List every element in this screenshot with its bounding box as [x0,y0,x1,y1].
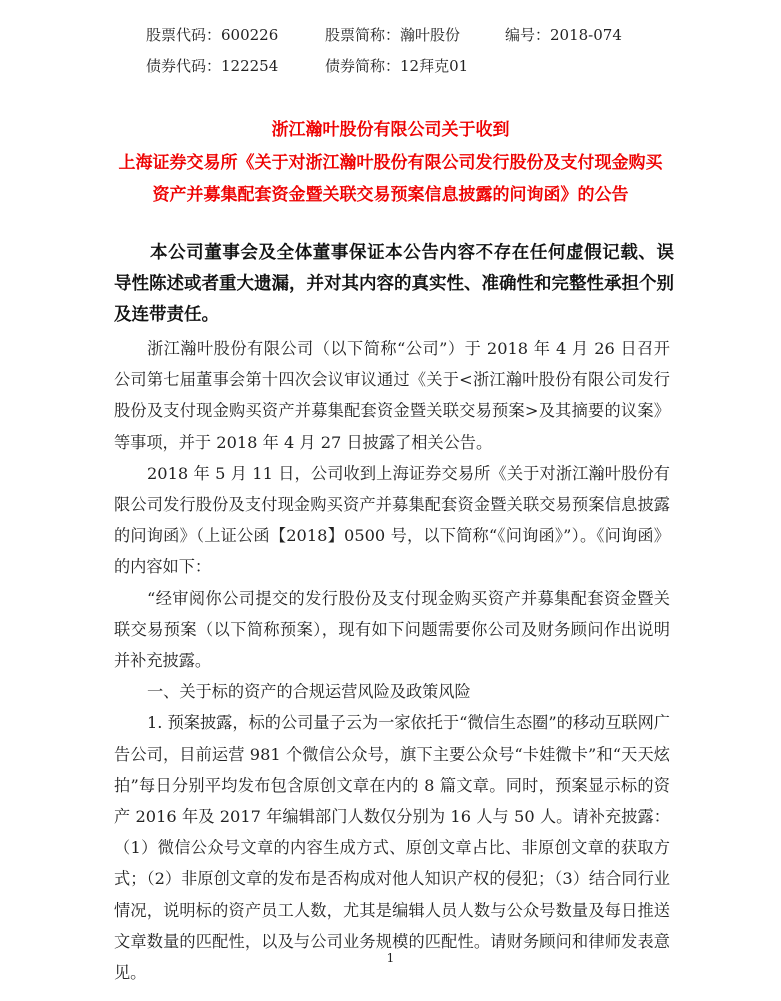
section-heading-1: 一、关于标的资产的合规运营风险及政策风险 [114,676,670,707]
paragraph-inquiry-intro: “经审阅你公司提交的发行股份及支付现金购买资产并募集配套资金暨关联交易预案（以下… [114,583,670,677]
bond-code: 债券代码：122254 [146,56,278,76]
stock-code: 股票代码：600226 [146,25,278,45]
document-body: 浙江瀚叶股份有限公司（以下简称“公司”）于 2018 年 4 月 26 日召开公… [114,333,670,988]
title-line-1: 浙江瀚叶股份有限公司关于收到 [0,119,781,141]
document-page: 股票代码：600226 股票简称：瀚叶股份 编号：2018-074 债券代码：1… [0,0,781,1001]
paragraph-inquiry-received: 2018 年 5 月 11 日，公司收到上海证券交易所《关于对浙江瀚叶股份有限公… [114,458,670,583]
paragraph-meeting: 浙江瀚叶股份有限公司（以下简称“公司”）于 2018 年 4 月 26 日召开公… [114,333,670,458]
declaration-text: 本公司董事会及全体董事保证本公告内容不存在任何虚假记载、误导性陈述或者重大遗漏，… [114,238,674,331]
announcement-number: 编号：2018-074 [505,25,622,45]
board-declaration: 本公司董事会及全体董事保证本公告内容不存在任何虚假记载、误导性陈述或者重大遗漏，… [114,238,674,331]
stock-name: 股票简称：瀚叶股份 [325,25,460,45]
title-line-3: 资产并募集配套资金暨关联交易预案信息披露的问询函》的公告 [0,184,781,206]
bond-name: 债券简称：12拜克01 [325,56,468,76]
paragraph-question-1: 1. 预案披露，标的公司量子云为一家依托于“微信生态圈”的移动互联网广告公司，目… [114,707,670,988]
title-line-2: 上海证券交易所《关于对浙江瀚叶股份有限公司发行股份及支付现金购买 [0,152,781,174]
page-number: 1 [0,951,781,965]
